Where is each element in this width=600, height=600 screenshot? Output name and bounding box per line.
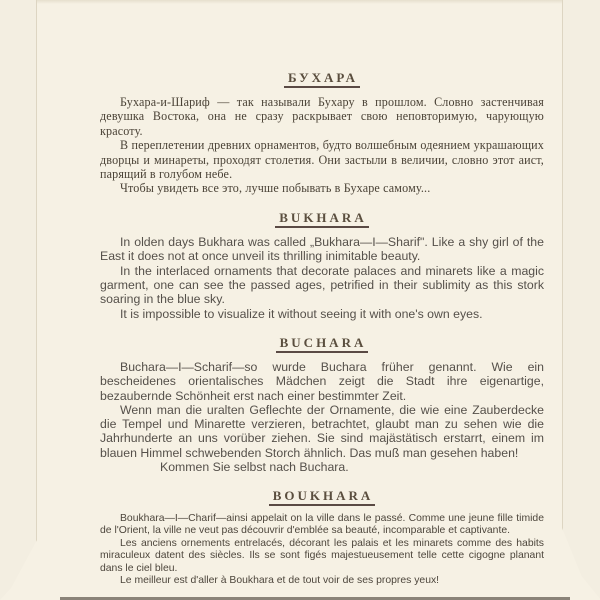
paragraph: In the interlaced ornaments that decorat…: [100, 264, 544, 307]
sleeve-right-flap: [562, 0, 600, 600]
paragraph: Boukhara—I—Charif—ainsi appelait on la v…: [100, 513, 544, 538]
heading-french: BOUKHARA: [100, 480, 544, 507]
section-russian: БУХАРА Бухара-и-Шариф — так называли Бух…: [100, 62, 544, 196]
section-french: BOUKHARA Boukhara—I—Charif—ainsi appelai…: [100, 480, 544, 587]
sleeve-left-flap: [0, 0, 37, 600]
heading-russian: БУХАРА: [100, 62, 544, 89]
liner-notes: БУХАРА Бухара-и-Шариф — так называли Бух…: [100, 62, 544, 593]
sleeve-top-edge: [30, 0, 570, 4]
paragraph: Чтобы увидеть все это, лучше побывать в …: [100, 181, 544, 195]
record-sleeve-back: БУХАРА Бухара-и-Шариф — так называли Бух…: [0, 0, 600, 600]
paragraph: Les anciens ornements entrelacés, décora…: [100, 538, 544, 575]
heading-english: BUKHARA: [100, 202, 544, 229]
heading-german: BUCHARA: [100, 327, 544, 354]
paragraph: It is impossible to visualize it without…: [100, 307, 544, 321]
paragraph: In olden days Bukhara was called „Bukhar…: [100, 235, 544, 264]
paragraph: В переплетении древних орнаментов, будто…: [100, 138, 544, 181]
paragraph: Wenn man die uralten Geflechte der Ornam…: [100, 403, 544, 460]
section-german: BUCHARA Buchara—I—Scharif—so wurde Bucha…: [100, 327, 544, 474]
paragraph: Le meilleur est d'aller à Boukhara et de…: [100, 575, 544, 587]
paragraph: Бухара-и-Шариф — так называли Бухару в п…: [100, 95, 544, 138]
section-english: BUKHARA In olden days Bukhara was called…: [100, 202, 544, 321]
paragraph: Buchara—I—Scharif—so wurde Buchara frühe…: [100, 360, 544, 403]
closing-line: Kommen Sie selbst nach Buchara.: [100, 460, 544, 474]
